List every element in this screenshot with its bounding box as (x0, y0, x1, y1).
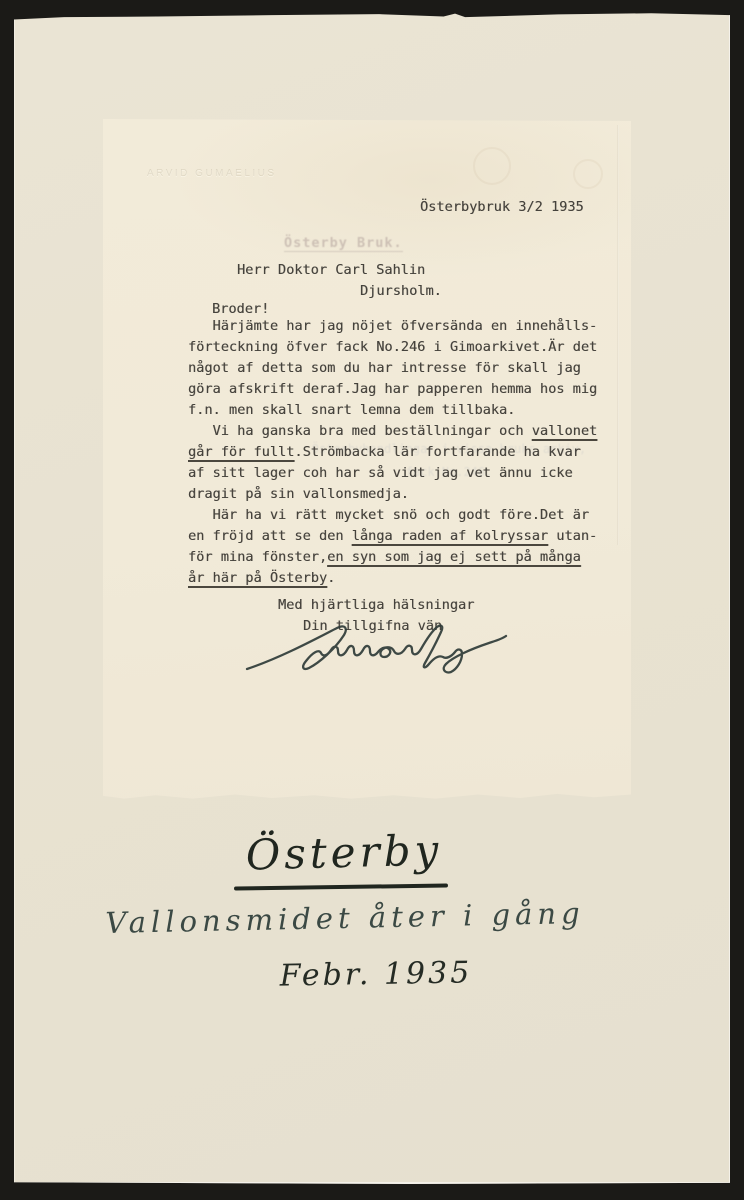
letter-body-line: för mina fönster,en syn som jag ej sett … (188, 547, 597, 568)
scan-background: ARVID GUMAELIUS Österbybruk 3/2 1935 Öst… (0, 0, 744, 1200)
letter-body-line: förteckning öfver fack No.246 i Gimoarki… (188, 337, 597, 358)
letter-body-line: Vi ha ganska bra med beställningar och v… (188, 421, 597, 442)
paper-stain-ring (573, 159, 603, 189)
letter-body-line: göra afskrift deraf.Jag har papperen hem… (188, 379, 597, 400)
letter-body-line: Härjämte har jag nöjet öfversända en inn… (188, 316, 597, 337)
annotation-line-3: Febr. 1935 (276, 955, 477, 993)
letter-body: Härjämte har jag nöjet öfversända en inn… (188, 316, 597, 589)
letter-body-line: något af detta som du har intresse för s… (188, 358, 597, 379)
letter-body-line: dragit på sin vallonsmedja. (188, 484, 597, 505)
paper-stain-ring (473, 147, 511, 185)
closing-line-1: Med hjärtliga hälsningar (278, 595, 474, 616)
letter-body-line: af sitt lager coh har så vidt jag vet än… (188, 463, 597, 484)
letter-page: ARVID GUMAELIUS Österbybruk 3/2 1935 Öst… (103, 119, 631, 800)
paper-crease (617, 125, 619, 545)
recipient-name: Herr Doktor Carl Sahlin (237, 260, 425, 281)
letter-body-line: Här ha vi rätt mycket snö och godt före.… (188, 505, 597, 526)
annotation-line-2: Vallonsmidet åter i gång (78, 895, 613, 940)
backing-sheet: ARVID GUMAELIUS Österbybruk 3/2 1935 Öst… (14, 13, 730, 1184)
letter-body-line: f.n. men skall snart lemna dem tillbaka. (188, 400, 597, 421)
annotation-title-underline (234, 884, 448, 890)
handwritten-signature (243, 619, 509, 677)
letter-body-line: en fröjd att se den långa raden af kolry… (188, 526, 597, 547)
date-line: Österbybruk 3/2 1935 (420, 197, 584, 218)
recipient-city: Djursholm. (360, 281, 442, 302)
embossed-letterhead: ARVID GUMAELIUS (147, 168, 277, 179)
annotation-title: Österby (213, 825, 474, 881)
letter-body-line: går för fullt.Strömbacka lär fortfarande… (188, 442, 597, 463)
faint-archive-stamp: Österby Bruk. (284, 235, 403, 252)
letter-body-line: år här på Österby. (188, 568, 597, 589)
